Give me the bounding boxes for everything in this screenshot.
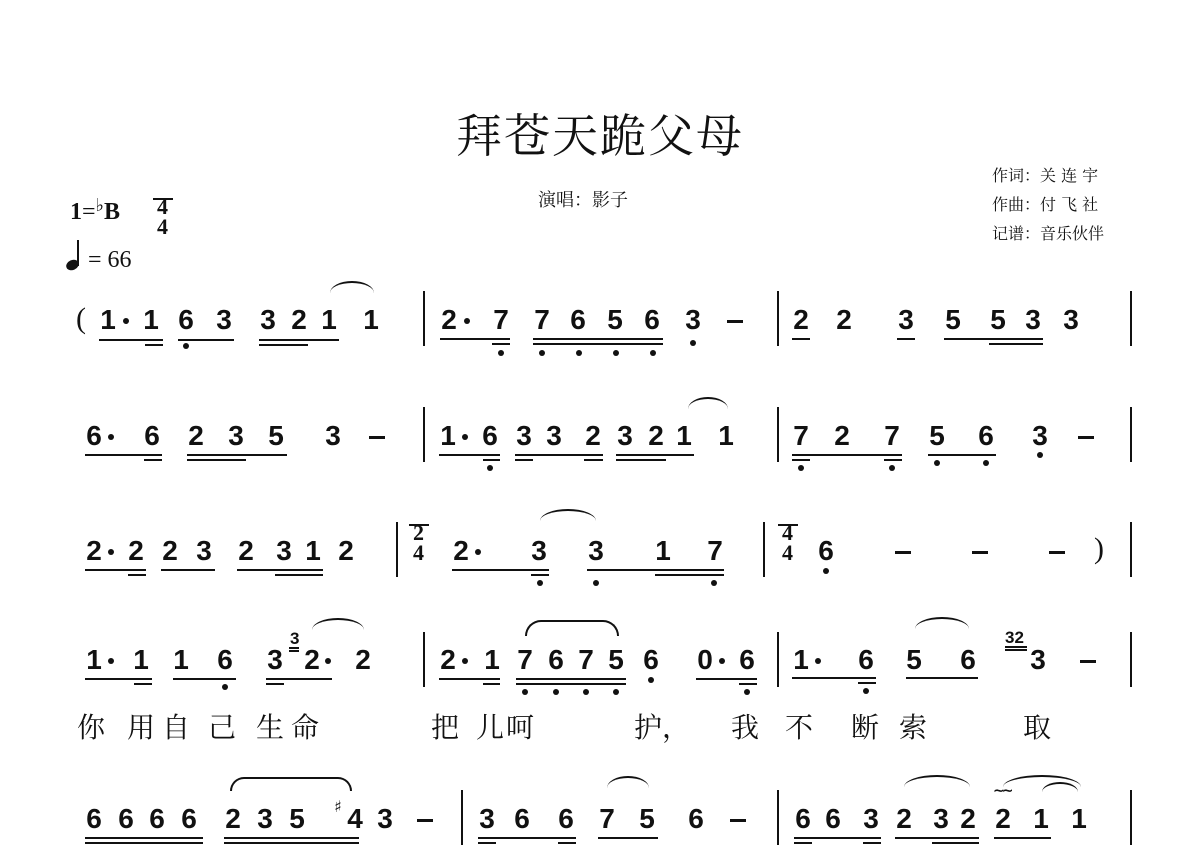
underline	[478, 837, 576, 839]
underline	[515, 459, 533, 461]
sharp-icon: ♯	[334, 797, 342, 816]
aug-dot	[325, 658, 331, 664]
grace-underline	[289, 647, 299, 649]
lyric: 用	[127, 706, 155, 746]
dash-extend	[730, 819, 746, 822]
barline	[777, 291, 779, 346]
note: 1	[1068, 805, 1090, 833]
aug-dot	[815, 658, 821, 664]
underline	[616, 454, 694, 456]
note: 1	[652, 537, 674, 565]
grace-underline	[1005, 646, 1027, 648]
note: 7	[704, 537, 726, 565]
lyric: 索	[899, 706, 927, 746]
low-dot	[222, 684, 228, 690]
low-dot	[983, 460, 989, 466]
underline	[275, 574, 323, 576]
note: 6	[957, 646, 979, 674]
note: 1	[302, 537, 324, 565]
lyric: 你	[77, 706, 105, 746]
low-dot	[487, 465, 493, 471]
low-dot	[583, 689, 589, 695]
note: 6	[640, 646, 662, 674]
low-dot	[889, 465, 895, 471]
underline	[144, 459, 162, 461]
low-dot	[613, 689, 619, 695]
note: 7	[881, 422, 903, 450]
underline	[696, 678, 757, 680]
low-dot	[823, 568, 829, 574]
underline	[928, 454, 996, 456]
aug-dot	[123, 318, 129, 324]
note: 2	[352, 646, 374, 674]
underline	[85, 569, 146, 571]
note: 6	[822, 805, 844, 833]
note: 5	[604, 306, 626, 334]
underline	[655, 574, 724, 576]
low-dot	[613, 350, 619, 356]
tie	[607, 776, 649, 788]
close-paren: )	[1094, 532, 1104, 566]
note: 6	[975, 422, 997, 450]
note: 6	[815, 537, 837, 565]
tie	[688, 397, 728, 409]
underline	[187, 459, 246, 461]
underline	[134, 683, 152, 685]
underline	[145, 344, 163, 346]
note: 6	[83, 422, 105, 450]
barline	[1130, 291, 1132, 346]
note: 1	[360, 306, 382, 334]
note: 7	[531, 306, 553, 334]
note: 1	[437, 422, 459, 450]
underline	[516, 678, 626, 680]
note: 2	[301, 646, 323, 674]
grace-notes: 32	[1005, 629, 1024, 646]
credits-block: 作词：关 连 宇 作曲：付 飞 社 记谱：音乐伙伴	[992, 161, 1104, 248]
underline	[584, 459, 603, 461]
note: 6	[83, 805, 105, 833]
note: 3	[257, 306, 279, 334]
note: 6	[545, 646, 567, 674]
underline	[516, 683, 626, 685]
low-dot	[1037, 452, 1043, 458]
quarter-note-icon	[66, 246, 82, 270]
note: 6	[115, 805, 137, 833]
note: 2	[235, 537, 257, 565]
barline	[1130, 632, 1132, 687]
flat-icon: ♭	[96, 195, 105, 215]
note: 3	[1022, 306, 1044, 334]
note: 2	[831, 422, 853, 450]
underline	[792, 338, 810, 340]
aug-dot	[462, 434, 468, 440]
barline	[777, 790, 779, 845]
lyric: 取	[1023, 706, 1051, 746]
lyric: 命	[291, 706, 319, 746]
note: 5	[987, 306, 1009, 334]
note: 1	[140, 306, 162, 334]
underline	[237, 569, 323, 571]
lyric: 生	[256, 706, 284, 746]
low-dot	[690, 340, 696, 346]
underline	[989, 343, 1043, 345]
note: 1	[318, 306, 340, 334]
note: 2	[645, 422, 667, 450]
lyric: 儿	[476, 706, 504, 746]
underline	[259, 344, 308, 346]
aug-dot	[464, 318, 470, 324]
note: 5	[926, 422, 948, 450]
note: 3	[254, 805, 276, 833]
note: 3	[930, 805, 952, 833]
dash-extend	[1080, 660, 1096, 663]
grace-note: 3	[290, 630, 299, 647]
underline	[858, 682, 876, 684]
underline	[224, 837, 359, 839]
underline	[994, 837, 1051, 839]
barline	[1130, 407, 1132, 462]
underline	[533, 343, 663, 345]
underline	[440, 338, 510, 340]
barline	[396, 522, 398, 577]
underline	[863, 842, 881, 844]
note: 6	[685, 805, 707, 833]
underline	[224, 842, 359, 844]
underline	[897, 338, 915, 340]
underline	[478, 842, 496, 844]
underline	[906, 677, 978, 679]
underline	[792, 677, 876, 679]
aug-dot	[475, 549, 481, 555]
tempo-marking: = 66	[66, 246, 132, 274]
note: 0	[694, 646, 716, 674]
note: 2	[83, 537, 105, 565]
note: 2	[450, 537, 472, 565]
note: 1	[481, 646, 503, 674]
underline	[483, 683, 500, 685]
low-dot	[863, 688, 869, 694]
time-sig-bottom: 4	[782, 543, 793, 563]
underline	[259, 339, 339, 341]
aug-dot	[108, 658, 114, 664]
dash-extend	[972, 551, 988, 554]
low-dot	[934, 460, 940, 466]
low-dot	[553, 689, 559, 695]
note: 6	[175, 306, 197, 334]
underline	[531, 574, 549, 576]
low-dot	[798, 465, 804, 471]
underline	[884, 459, 902, 461]
open-paren: (	[76, 302, 86, 336]
time-sig-bottom: 4	[413, 543, 424, 563]
note: 7	[490, 306, 512, 334]
note: 2	[335, 537, 357, 565]
dash-extend	[727, 320, 743, 323]
note: 2	[185, 422, 207, 450]
barline	[423, 291, 425, 346]
aug-dot	[108, 549, 114, 555]
note: 1	[1030, 805, 1052, 833]
note: 2	[222, 805, 244, 833]
underline	[266, 678, 332, 680]
tie	[330, 281, 374, 293]
note: 1	[673, 422, 695, 450]
note: 3	[264, 646, 286, 674]
aug-dot	[719, 658, 725, 664]
underline	[932, 842, 979, 844]
tie	[915, 617, 969, 629]
underline	[944, 338, 1043, 340]
note: 3	[860, 805, 882, 833]
barline	[461, 790, 463, 845]
underline	[161, 569, 215, 571]
barline	[423, 407, 425, 462]
note: 5	[636, 805, 658, 833]
low-dot	[522, 689, 528, 695]
tie	[540, 509, 596, 521]
underline	[587, 569, 724, 571]
transcriber-credit: 记谱：音乐伙伴	[992, 219, 1104, 248]
note: 2	[957, 805, 979, 833]
dash-extend	[1078, 436, 1094, 439]
note: 7	[596, 805, 618, 833]
note: 7	[790, 422, 812, 450]
note: 2	[790, 306, 812, 334]
note: 5	[942, 306, 964, 334]
underline	[266, 683, 284, 685]
barline	[777, 407, 779, 462]
low-dot	[537, 580, 543, 586]
note: 2	[582, 422, 604, 450]
underline	[558, 842, 576, 844]
note: 6	[736, 646, 758, 674]
low-dot	[498, 350, 504, 356]
underline	[895, 837, 979, 839]
underline	[85, 454, 162, 456]
underline	[533, 338, 663, 340]
barline	[763, 522, 765, 577]
note: 3	[193, 537, 215, 565]
low-dot	[650, 350, 656, 356]
lyric: 护，	[634, 706, 690, 746]
low-dot	[593, 580, 599, 586]
composer-credit: 作曲：付 飞 社	[992, 190, 1104, 219]
note: 6	[214, 646, 236, 674]
time-signature-change: 44	[782, 523, 793, 563]
underline	[616, 459, 666, 461]
underline	[794, 842, 812, 844]
low-dot	[183, 343, 189, 349]
low-dot	[711, 580, 717, 586]
note: 6	[141, 422, 163, 450]
low-dot	[539, 350, 545, 356]
underline	[598, 837, 658, 839]
note: 1	[170, 646, 192, 674]
aug-dot	[462, 658, 468, 664]
time-sig-bottom: 4	[157, 217, 168, 237]
slur	[525, 620, 619, 636]
note: 3	[543, 422, 565, 450]
note: 2	[992, 805, 1014, 833]
note: 6	[855, 646, 877, 674]
note: 7	[514, 646, 536, 674]
low-dot	[576, 350, 582, 356]
note: 3	[476, 805, 498, 833]
note: 6	[567, 306, 589, 334]
note: 5	[286, 805, 308, 833]
dash-extend	[895, 551, 911, 554]
underline	[439, 678, 500, 680]
song-title: 拜苍天跪父母	[0, 100, 1200, 166]
grace-underline	[1005, 649, 1027, 651]
note: 5	[605, 646, 627, 674]
note: 6	[641, 306, 663, 334]
note: 5	[265, 422, 287, 450]
dash-extend	[417, 819, 433, 822]
underline	[439, 454, 500, 456]
low-dot	[648, 677, 654, 683]
note: 3	[1027, 646, 1049, 674]
key-letter: B	[104, 199, 120, 225]
note: 3	[614, 422, 636, 450]
note: 2	[159, 537, 181, 565]
note: 7	[575, 646, 597, 674]
underline	[792, 454, 902, 456]
note: 6	[792, 805, 814, 833]
note: 1	[790, 646, 812, 674]
slur	[230, 777, 352, 791]
time-signature-change: 24	[413, 523, 424, 563]
key-degree: 1	[70, 199, 82, 225]
underline	[452, 569, 549, 571]
singer-credit: 演唱：影子	[538, 186, 628, 212]
tie	[904, 775, 970, 787]
note: 2	[833, 306, 855, 334]
underline	[515, 454, 603, 456]
underline	[792, 459, 810, 461]
lyric: 己	[208, 706, 236, 746]
note: 2	[893, 805, 915, 833]
note: 3	[513, 422, 535, 450]
tie	[312, 618, 364, 630]
barline	[423, 632, 425, 687]
dash-extend	[369, 436, 385, 439]
note: 3	[273, 537, 295, 565]
barline	[1130, 522, 1132, 577]
time-signature: 44	[157, 197, 168, 237]
underline	[99, 339, 163, 341]
note: 1	[715, 422, 737, 450]
note: 1	[97, 306, 119, 334]
note: 3	[585, 537, 607, 565]
note: 3	[225, 422, 247, 450]
note: 1	[83, 646, 105, 674]
aug-dot	[108, 434, 114, 440]
underline	[178, 339, 234, 341]
lyric: 我	[731, 706, 759, 746]
note: 6	[511, 805, 533, 833]
underline	[794, 837, 881, 839]
underline	[173, 678, 236, 680]
underline	[739, 683, 757, 685]
key-signature: 1=♭B	[70, 199, 120, 226]
note: 3	[213, 306, 235, 334]
note: 4	[344, 805, 366, 833]
low-dot	[744, 689, 750, 695]
underline	[85, 678, 152, 680]
underline	[483, 459, 500, 461]
underline	[128, 574, 146, 576]
lyric: 把	[431, 706, 459, 746]
note: 5	[903, 646, 925, 674]
note: 2	[288, 306, 310, 334]
note: 6	[555, 805, 577, 833]
note: 6	[479, 422, 501, 450]
underline	[85, 842, 203, 844]
note: 3	[528, 537, 550, 565]
grace-underline	[289, 650, 299, 652]
barline	[1130, 790, 1132, 845]
note: 3	[374, 805, 396, 833]
note: 3	[1029, 422, 1051, 450]
note: 3	[1060, 306, 1082, 334]
lyric: 断	[851, 706, 879, 746]
barline	[777, 632, 779, 687]
underline	[85, 837, 203, 839]
note: 3	[682, 306, 704, 334]
dash-extend	[1049, 551, 1065, 554]
lyricist-credit: 作词：关 连 宇	[992, 161, 1104, 190]
note: 2	[438, 306, 460, 334]
note: 6	[178, 805, 200, 833]
note: 2	[125, 537, 147, 565]
note: 2	[437, 646, 459, 674]
underline	[187, 454, 287, 456]
lyric: 呵	[506, 706, 534, 746]
key-equals: =	[82, 199, 96, 225]
underline	[492, 343, 510, 345]
note: 3	[895, 306, 917, 334]
lyric: 自	[162, 706, 190, 746]
lyric: 不	[785, 706, 813, 746]
note: 1	[130, 646, 152, 674]
note: 6	[146, 805, 168, 833]
tempo-value: = 66	[82, 247, 132, 273]
note: 3	[322, 422, 344, 450]
